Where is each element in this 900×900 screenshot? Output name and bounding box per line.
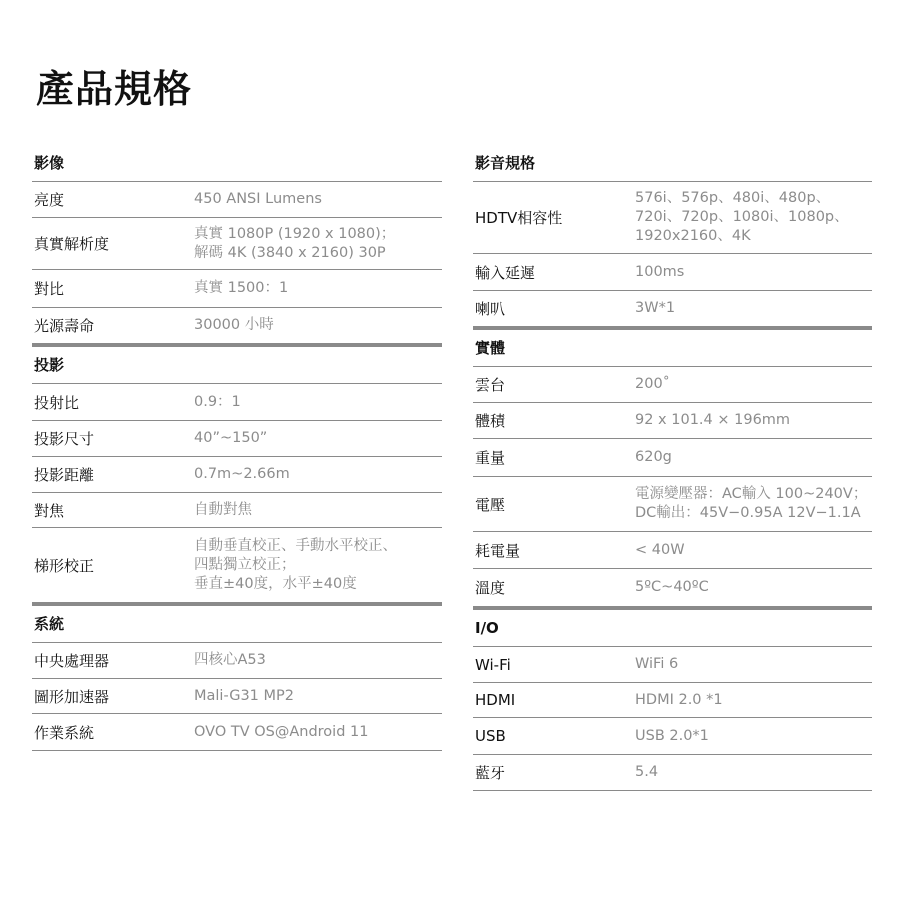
- spec-row: HDTV相容性576i、576p、480i、480p、720i、720p、108…: [473, 182, 872, 254]
- spec-value: 自動垂直校正、手動水平校正、四點獨立校正；垂直±40度，水平±40度: [194, 530, 397, 601]
- section-heading: 系統: [32, 603, 442, 643]
- spec-label: 輸入延遲: [475, 262, 635, 283]
- spec-value: 5.4: [635, 756, 658, 789]
- spec-row: 耗電量< 40W: [473, 532, 872, 569]
- spec-label: 藍牙: [475, 762, 635, 783]
- spec-value-line: USB 2.0*1: [635, 727, 709, 746]
- spec-label: 投影距離: [34, 464, 194, 485]
- spec-label: 體積: [475, 410, 635, 431]
- spec-row: 真實解析度真實 1080P (1920 x 1080)；解碼 4K (3840 …: [32, 218, 442, 270]
- spec-value-line: 0.9：1: [194, 393, 241, 412]
- spec-value-line: 電源變壓器：AC輸入 100~240V；: [635, 485, 867, 504]
- spec-row: 溫度5ºC~40ºC: [473, 569, 872, 607]
- spec-row: 投影尺寸40”~150”: [32, 421, 442, 457]
- spec-value-line: 200˚: [635, 375, 670, 394]
- spec-row: 作業系統OVO TV OS@Android 11: [32, 714, 442, 751]
- spec-row: 投影距離0.7m~2.66m: [32, 457, 442, 493]
- spec-value-line: 620g: [635, 448, 672, 467]
- spec-value: 3W*1: [635, 292, 675, 325]
- spec-label: 梯形校正: [34, 555, 194, 576]
- spec-value-line: 真實 1500：1: [194, 279, 288, 298]
- spec-label: 重量: [475, 447, 635, 468]
- spec-value-line: 四核心A53: [194, 651, 266, 670]
- spec-value-line: < 40W: [635, 541, 685, 560]
- spec-label: 光源壽命: [34, 315, 194, 336]
- spec-value-line: 92 x 101.4 × 196mm: [635, 411, 790, 430]
- spec-value-line: 5.4: [635, 763, 658, 782]
- spec-value-line: HDMI 2.0 *1: [635, 691, 723, 710]
- spec-row: 投射比0.9：1: [32, 384, 442, 421]
- spec-value-line: 1920x2160、4K: [635, 227, 849, 246]
- spec-label: 雲台: [475, 374, 635, 395]
- spec-value-line: OVO TV OS@Android 11: [194, 723, 368, 742]
- spec-label: 溫度: [475, 577, 635, 598]
- spec-value: 四核心A53: [194, 644, 266, 677]
- spec-value: HDMI 2.0 *1: [635, 684, 723, 717]
- spec-row: HDMIHDMI 2.0 *1: [473, 683, 872, 718]
- spec-value: WiFi 6: [635, 648, 678, 681]
- spec-row: 對焦自動對焦: [32, 493, 442, 528]
- spec-row: USBUSB 2.0*1: [473, 718, 872, 755]
- spec-label: 圖形加速器: [34, 686, 194, 707]
- spec-value-line: 四點獨立校正；: [194, 556, 397, 575]
- spec-row: 梯形校正自動垂直校正、手動水平校正、四點獨立校正；垂直±40度，水平±40度: [32, 528, 442, 603]
- spec-row: 藍牙5.4: [473, 755, 872, 791]
- spec-row: 亮度450 ANSI Lumens: [32, 182, 442, 218]
- spec-row: 光源壽命30000 小時: [32, 308, 442, 344]
- spec-value: OVO TV OS@Android 11: [194, 716, 368, 749]
- spec-value-line: 垂直±40度，水平±40度: [194, 575, 397, 594]
- spec-value: 200˚: [635, 368, 670, 401]
- spec-value: 40”~150”: [194, 422, 267, 455]
- spec-label: Wi-Fi: [475, 656, 635, 674]
- spec-value-line: WiFi 6: [635, 655, 678, 674]
- left-spec-column: 影像亮度450 ANSI Lumens真實解析度真實 1080P (1920 x…: [32, 145, 442, 751]
- spec-label: USB: [475, 727, 635, 745]
- spec-value: < 40W: [635, 534, 685, 567]
- spec-row: 對比真實 1500：1: [32, 270, 442, 308]
- spec-value-line: 5ºC~40ºC: [635, 578, 709, 597]
- spec-value-line: 30000 小時: [194, 316, 274, 335]
- spec-label: 真實解析度: [34, 233, 194, 254]
- spec-row: 電壓電源變壓器：AC輸入 100~240V；DC輸出：45V−0.95A 12V…: [473, 477, 872, 532]
- spec-value: 92 x 101.4 × 196mm: [635, 404, 790, 437]
- spec-value-line: 解碼 4K (3840 x 2160) 30P: [194, 244, 395, 263]
- spec-row: Wi-FiWiFi 6: [473, 647, 872, 683]
- spec-row: 雲台200˚: [473, 367, 872, 403]
- spec-value-line: 自動垂直校正、手動水平校正、: [194, 537, 397, 556]
- spec-row: 重量620g: [473, 439, 872, 477]
- spec-row: 輸入延遲100ms: [473, 254, 872, 291]
- spec-value: 自動對焦: [194, 494, 252, 527]
- spec-value: 真實 1080P (1920 x 1080)；解碼 4K (3840 x 216…: [194, 218, 395, 270]
- spec-label: 對焦: [34, 500, 194, 521]
- spec-value-line: 40”~150”: [194, 429, 267, 448]
- spec-label: 投影尺寸: [34, 428, 194, 449]
- spec-label: 喇叭: [475, 298, 635, 319]
- spec-label: 對比: [34, 278, 194, 299]
- section-heading: 投影: [32, 344, 442, 384]
- spec-value: 100ms: [635, 256, 684, 289]
- spec-value: 0.9：1: [194, 386, 241, 419]
- spec-value-line: 真實 1080P (1920 x 1080)；: [194, 225, 395, 244]
- spec-label: HDMI: [475, 691, 635, 709]
- spec-label: 中央處理器: [34, 650, 194, 671]
- spec-value: 576i、576p、480i、480p、720i、720p、1080i、1080…: [635, 182, 849, 253]
- spec-value: 電源變壓器：AC輸入 100~240V；DC輸出：45V−0.95A 12V−1…: [635, 478, 867, 530]
- spec-value-line: 576i、576p、480i、480p、: [635, 189, 849, 208]
- spec-label: 亮度: [34, 189, 194, 210]
- spec-value-line: 100ms: [635, 263, 684, 282]
- spec-value: 30000 小時: [194, 309, 274, 342]
- spec-value: 450 ANSI Lumens: [194, 183, 322, 216]
- spec-value-line: 3W*1: [635, 299, 675, 318]
- section-heading: I/O: [473, 607, 872, 647]
- spec-row: 圖形加速器Mali-G31 MP2: [32, 679, 442, 714]
- spec-value: 620g: [635, 441, 672, 474]
- page-title: 產品規格: [36, 58, 192, 113]
- spec-value: Mali-G31 MP2: [194, 680, 294, 713]
- spec-value: 0.7m~2.66m: [194, 458, 290, 491]
- spec-label: 作業系統: [34, 722, 194, 743]
- spec-value-line: Mali-G31 MP2: [194, 687, 294, 706]
- spec-value-line: 720i、720p、1080i、1080p、: [635, 208, 849, 227]
- spec-label: 電壓: [475, 494, 635, 515]
- section-heading: 影音規格: [473, 145, 872, 182]
- spec-value-line: 自動對焦: [194, 501, 252, 520]
- spec-row: 喇叭3W*1: [473, 291, 872, 327]
- right-spec-column: 影音規格HDTV相容性576i、576p、480i、480p、720i、720p…: [473, 145, 872, 791]
- section-heading: 影像: [32, 145, 442, 182]
- spec-label: 耗電量: [475, 540, 635, 561]
- spec-value-line: DC輸出：45V−0.95A 12V−1.1A: [635, 504, 867, 523]
- spec-value-line: 450 ANSI Lumens: [194, 190, 322, 209]
- spec-label: HDTV相容性: [475, 207, 635, 228]
- spec-row: 體積92 x 101.4 × 196mm: [473, 403, 872, 439]
- spec-row: 中央處理器四核心A53: [32, 643, 442, 679]
- spec-value: USB 2.0*1: [635, 720, 709, 753]
- spec-value: 真實 1500：1: [194, 272, 288, 305]
- spec-value-line: 0.7m~2.66m: [194, 465, 290, 484]
- spec-label: 投射比: [34, 392, 194, 413]
- spec-value: 5ºC~40ºC: [635, 571, 709, 604]
- section-heading: 實體: [473, 327, 872, 367]
